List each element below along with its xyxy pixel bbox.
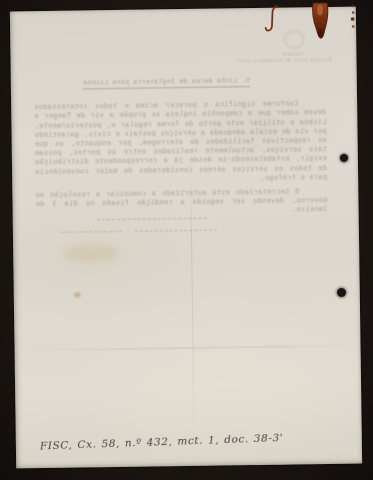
bleedthrough-paragraph-2: O Secretariado está autorizado a comunic… <box>35 187 327 219</box>
mirrored-bleedthrough-text: 5. Linha Aérea de Inglaterra para Lisboa… <box>34 75 328 219</box>
paper-oval-stain <box>63 244 119 263</box>
faint-signature-line-2b <box>135 230 217 232</box>
ghost-stamp-line2: Direcção Geral da Aeronáutica Civil <box>253 56 331 63</box>
paper-speck-stain <box>74 292 81 297</box>
paper-sheet: Gabinete Direcção Geral da Aeronáutica C… <box>10 7 362 469</box>
faint-signature-line-2a <box>60 231 122 233</box>
punch-hole-bottom <box>337 288 346 297</box>
ghost-stamp-text: Gabinete Direcção Geral da Aeronáutica C… <box>253 51 331 63</box>
ghost-stamp-circle <box>284 30 304 48</box>
paper-crease-horizontal <box>15 345 361 352</box>
punch-hole-top <box>340 154 348 162</box>
bleedthrough-paragraph-1: Conforme significa o parecer acima e tod… <box>34 99 327 186</box>
handwritten-archive-reference: FISC, Cx. 58, n.º 432, mct. 1, doc. 38-3… <box>40 432 270 452</box>
scanned-document-photo: Gabinete Direcção Geral da Aeronáutica C… <box>0 0 373 480</box>
bleedthrough-heading: 5. Linha Aérea de Inglaterra para Lisboa <box>83 76 250 90</box>
